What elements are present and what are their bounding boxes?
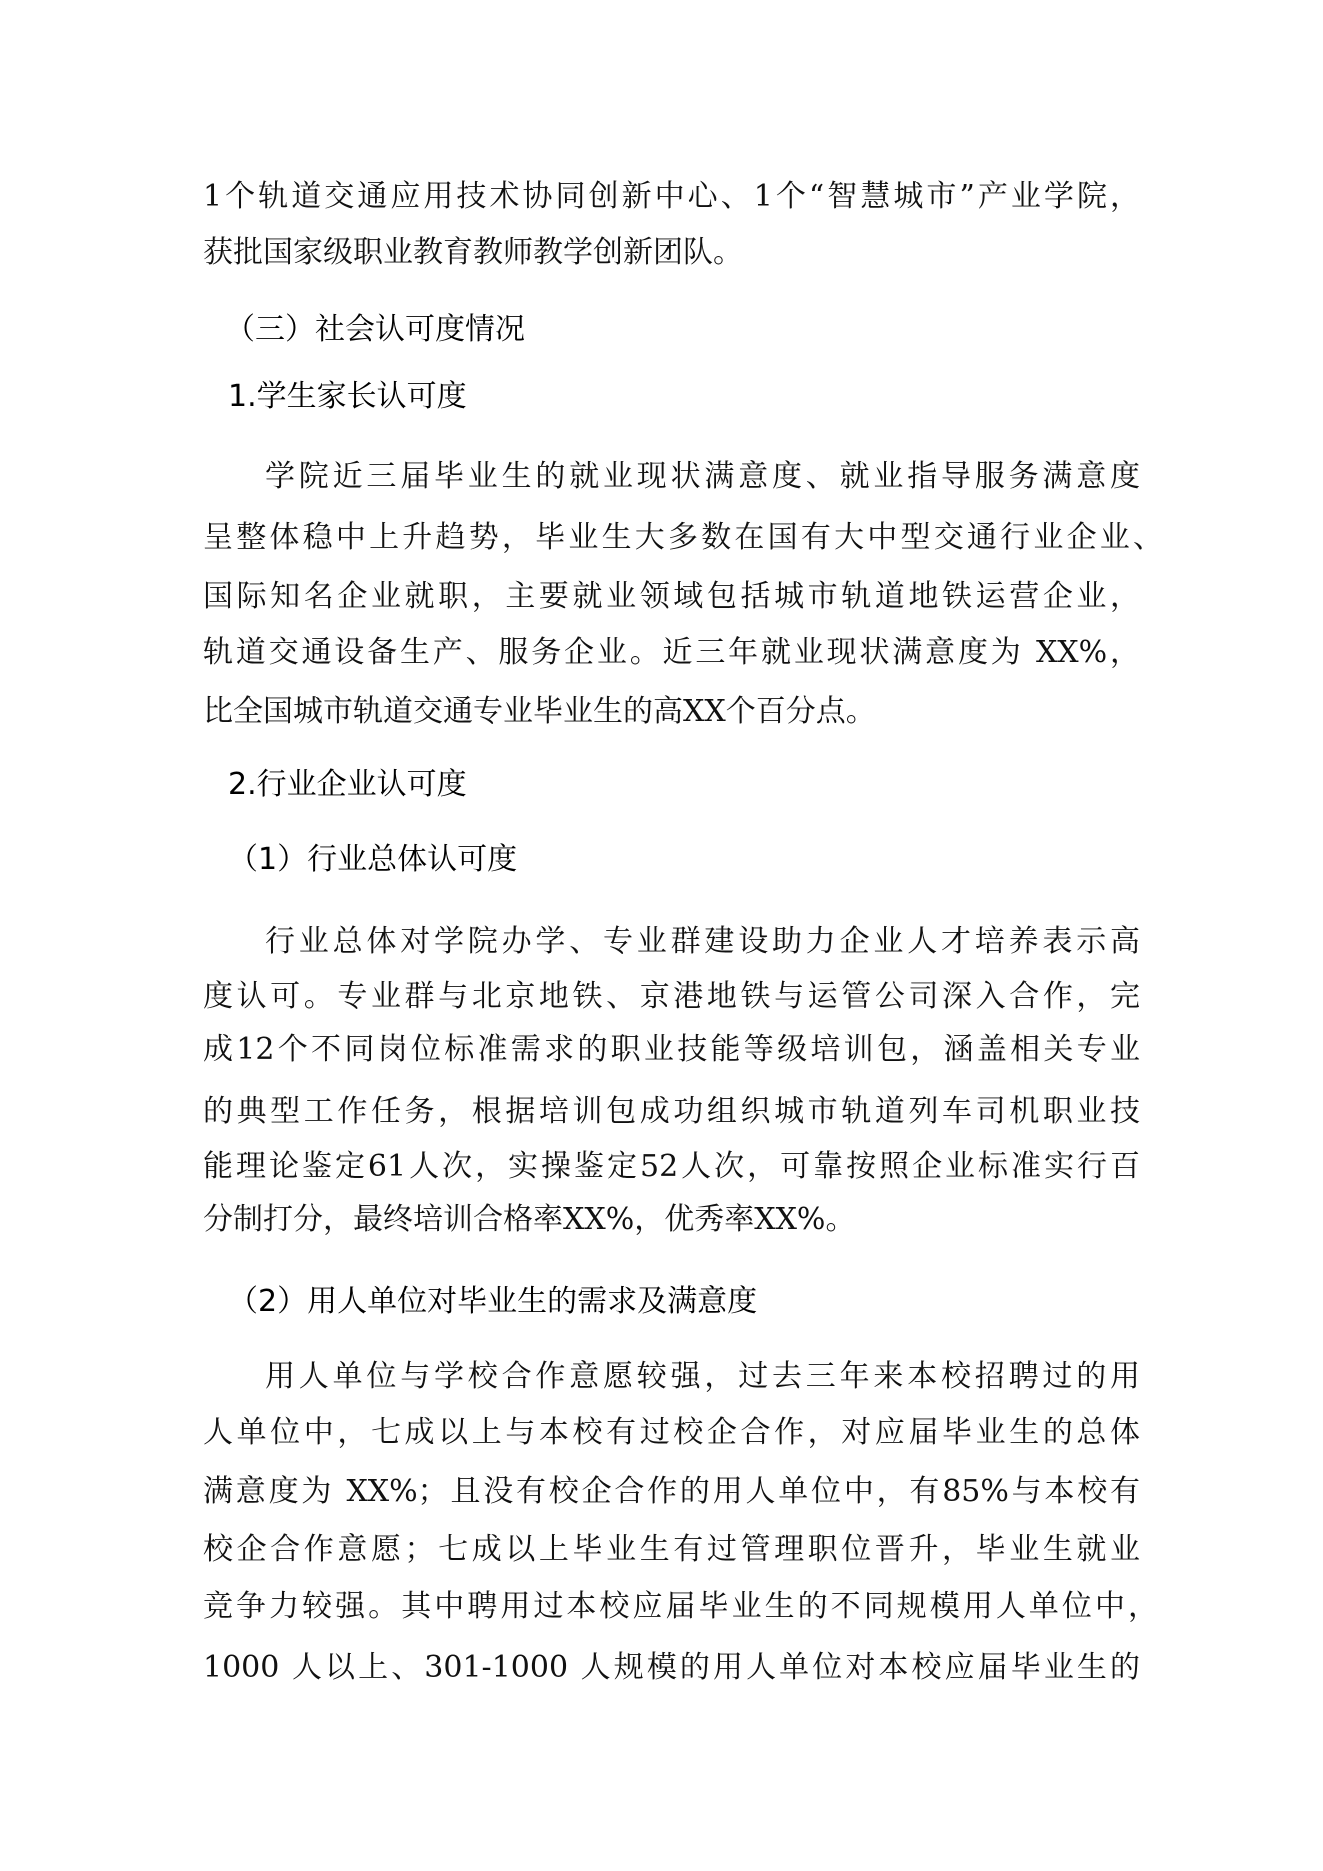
paragraph-line: 轨道交通设备生产、服务企业。近三年就业现状满意度为 XX%， (203, 633, 1140, 673)
subsection-heading: 2.行业企业认可度 (228, 765, 467, 805)
paragraph-line: 用人单位与学校合作意愿较强，过去三年来本校招聘过的用 (265, 1357, 1140, 1397)
paragraph-line: 分制打分，最终培训合格率XX%，优秀率XX%。 (203, 1200, 855, 1240)
paragraph-line: 校企合作意愿；七成以上毕业生有过管理职位晋升，毕业生就业 (203, 1530, 1140, 1570)
paragraph-line: 竞争力较强。其中聘用过本校应届毕业生的不同规模用人单位中， (203, 1587, 1158, 1627)
section-heading: （三）社会认可度情况 (225, 310, 525, 350)
paragraph-line: 行业总体对学院办学、专业群建设助力企业人才培养表示高 (265, 922, 1140, 962)
sub-subsection-heading: （1）行业总体认可度 (228, 840, 517, 880)
paragraph-line: 的典型工作任务，根据培训包成功组织城市轨道列车司机职业技 (203, 1092, 1140, 1132)
subsection-heading: 1.学生家长认可度 (228, 377, 467, 417)
paragraph-line: 国际知名企业就职，主要就业领域包括城市轨道地铁运营企业， (203, 577, 1140, 617)
paragraph-line: 比全国城市轨道交通专业毕业生的高XX个百分点。 (203, 692, 876, 732)
paragraph-line: 度认可。专业群与北京地铁、京港地铁与运管公司深入合作，完 (203, 977, 1140, 1017)
sub-subsection-heading: （2）用人单位对毕业生的需求及满意度 (228, 1282, 757, 1322)
paragraph-line: 学院近三届毕业生的就业现状满意度、就业指导服务满意度 (265, 457, 1140, 497)
paragraph-line: 呈整体稳中上升趋势，毕业生大多数在国有大中型交通行业企业、 (203, 518, 1163, 558)
paragraph-line: 1000 人以上、301-1000 人规模的用人单位对本校应届毕业生的 (203, 1648, 1140, 1688)
paragraph-line: 能理论鉴定61人次，实操鉴定52人次，可靠按照企业标准实行百 (203, 1147, 1140, 1187)
paragraph-line: 人单位中，七成以上与本校有过校企合作，对应届毕业生的总体 (203, 1413, 1140, 1453)
intro-line: 获批国家级职业教育教师教学创新团队。 (203, 233, 743, 273)
intro-line: 1个轨道交通应用技术协同创新中心、1个“智慧城市”产业学院， (203, 177, 1140, 217)
paragraph-line: 满意度为 XX%；且没有校企合作的用人单位中，有85%与本校有 (203, 1472, 1140, 1512)
paragraph-line: 成12个不同岗位标准需求的职业技能等级培训包，涵盖相关专业 (203, 1030, 1140, 1070)
